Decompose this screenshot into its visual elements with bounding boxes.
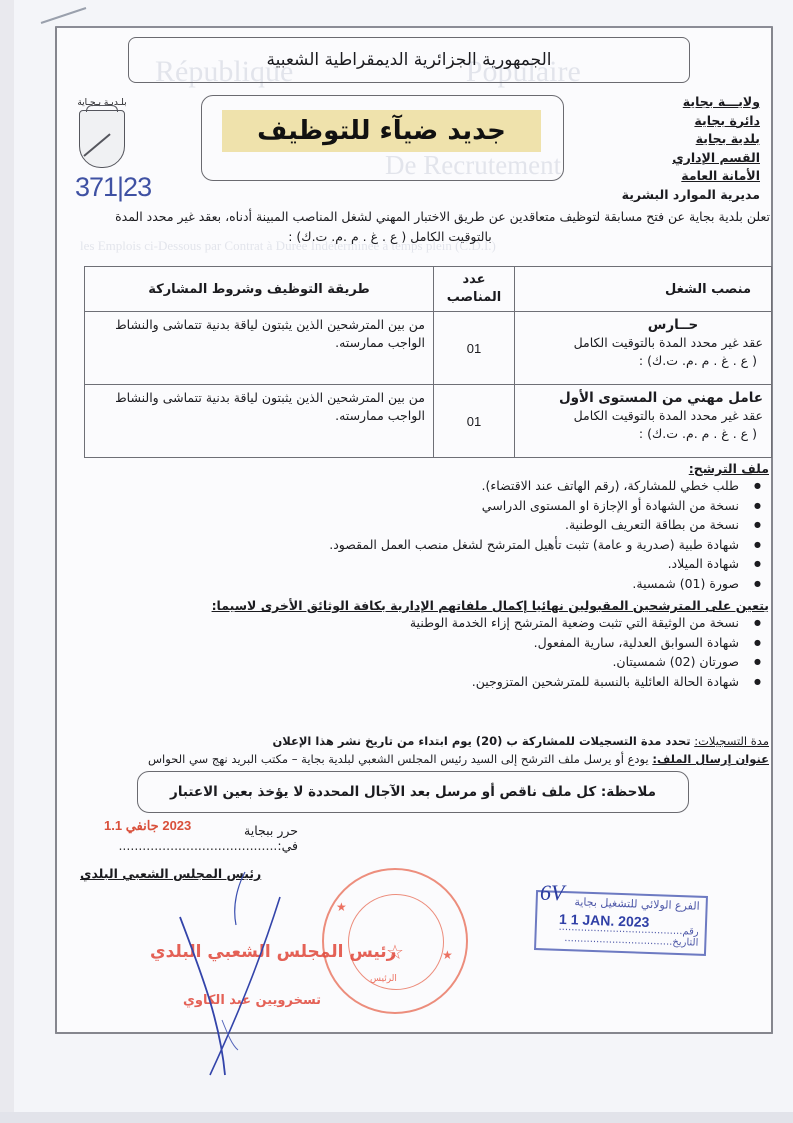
post-abbr: ( ع . غ . م .م. ت.ك) : [523, 425, 763, 443]
note-box: ملاحظة: كل ملف ناقص أو مرسل بعد الآجال ا… [137, 771, 689, 813]
seal-label: الرئيس [370, 974, 397, 984]
application-file-list: طلب خطي للمشاركة، (رقم الهاتف عند الاقتض… [329, 476, 769, 593]
admin-department: القسم الإداري [622, 149, 760, 168]
post-abbr: ( ع . غ . م .م. ت.ك) : [523, 352, 763, 370]
accepted-candidates-list: نسخة من الوثيقة التي تثبت وضعية المترشح … [212, 613, 769, 691]
announcement-banner: جديد ضيآء للتوظيف [222, 110, 541, 152]
post-contract: عقد غير محدد المدة بالتوقيت الكامل [523, 407, 763, 425]
address-text: يودع أو يرسل ملف الترشح إلى السيد رئيس ا… [148, 752, 649, 766]
table-row: عامل مهني من المستوى الأول عقد غير محدد … [85, 385, 772, 458]
handwritten-mark: 6V [540, 880, 564, 906]
republic-title: الجمهورية الجزائرية الديمقراطية الشعبية [266, 50, 551, 70]
list-item: نسخة من الوثيقة التي تثبت وضعية المترشح … [212, 613, 769, 633]
header-post: منصب الشغل [515, 267, 772, 312]
admin-hr-directorate: مديرية الموارد البشرية [622, 186, 760, 205]
reference-number: 371|23 [75, 172, 151, 203]
admin-wilaya: ولايـــة بجاية [622, 93, 760, 112]
registration-label: مدة التسجيلات: [694, 734, 769, 748]
intro-line-1: تعلن بلدية بجاية عن فتح مسابقة لتوظيف مت… [80, 207, 770, 227]
header-conditions: طريقة التوظيف وشروط المشاركة [85, 267, 434, 312]
list-item: نسخة من بطاقة التعريف الوطنية. [329, 515, 769, 535]
intro-paragraph: تعلن بلدية بجاية عن فتح مسابقة لتوظيف مت… [80, 207, 770, 247]
address-label: عنوان إرسال الملف: [652, 752, 769, 766]
star-icon: ★ [442, 948, 453, 962]
list-item: شهادة طبية (صدرية و عامة) تثبت تأهيل الم… [329, 535, 769, 555]
republic-header: الجمهورية الجزائرية الديمقراطية الشعبية [128, 37, 690, 83]
admin-daira: دائرة بجاية [622, 112, 760, 131]
stamp-title: رئيس المجلس الشعبي البلدي [150, 942, 396, 962]
registration-text: تحدد مدة التسجيلات للمشاركة ب (20) يوم ا… [272, 734, 690, 748]
table-row: حــارس عقد غير محدد المدة بالتوقيت الكام… [85, 312, 772, 385]
list-item: شهادة السوابق العدلية، سارية المفعول. [212, 633, 769, 653]
admin-secretariat: الأمانة العامة [622, 167, 760, 186]
stamp-date: 1 1 JAN. 2023 [559, 911, 650, 930]
scan-edge-left [0, 0, 14, 1123]
post-title: حــارس [523, 316, 763, 334]
list-item: شهادة الميلاد. [329, 554, 769, 574]
handwritten-date: 2023 جانفي 1.1 [104, 818, 191, 834]
banner-text: جديد ضيآء للتوظيف [257, 116, 506, 146]
agency-name: الفرع الولائي للتشغيل بجاية [544, 894, 700, 912]
application-file-section: ملف الترشح: طلب خطي للمشاركة، (رقم الهات… [329, 461, 769, 593]
accepted-candidates-section: يتعين على المترشحين المقبولين نهائيا إكم… [212, 598, 769, 691]
issued-dots: ........................................ [118, 838, 277, 853]
admin-commune: بلدية بجاية [622, 130, 760, 149]
scan-edge-bottom [0, 1112, 793, 1123]
post-cell: عامل مهني من المستوى الأول عقد غير محدد … [515, 385, 772, 458]
count-cell: 01 [434, 312, 515, 385]
list-item: نسخة من الشهادة أو الإجازة او المستوى ال… [329, 496, 769, 516]
list-item: شهادة الحالة العائلية بالنسبة للمترشحين … [212, 672, 769, 692]
list-item: صورتان (02) شمسيتان. [212, 652, 769, 672]
table-header-row: منصب الشغل عدد المناصب طريقة التوظيف وشر… [85, 267, 772, 312]
post-title: عامل مهني من المستوى الأول [523, 389, 763, 407]
file-address: عنوان إرسال الملف: يودع أو يرسل ملف التر… [148, 750, 769, 768]
official-seal: ★ ★ ☆ الرئيس [322, 868, 468, 1014]
accepted-candidates-title: يتعين على المترشحين المقبولين نهائيا إكم… [212, 598, 769, 613]
municipal-logo: بلـديـة بـجـاية [72, 98, 132, 168]
note-text: ملاحظة: كل ملف ناقص أو مرسل بعد الآجال ا… [170, 784, 656, 800]
coat-of-arms-icon [79, 110, 125, 168]
star-icon: ★ [336, 900, 347, 914]
list-item: صورة (01) شمسية. [329, 574, 769, 594]
mayor-title: رئيس المجلس الشعبي البلدي [80, 866, 261, 881]
header-count: عدد المناصب [434, 267, 515, 312]
positions-table: منصب الشغل عدد المناصب طريقة التوظيف وشر… [84, 266, 772, 458]
stamp-name: تسخرويين عبد الكاوي [183, 993, 321, 1008]
post-contract: عقد غير محدد المدة بالتوقيت الكامل [523, 334, 763, 352]
count-cell: 01 [434, 385, 515, 458]
conditions-cell: من بين المترشحين الذين يثبتون لياقة بدني… [85, 385, 434, 458]
post-cell: حــارس عقد غير محدد المدة بالتوقيت الكام… [515, 312, 772, 385]
list-item: طلب خطي للمشاركة، (رقم الهاتف عند الاقتض… [329, 476, 769, 496]
intro-line-2: بالتوقيت الكامل ( ع . غ . م .م. ت.ك) : [80, 227, 770, 247]
administration-hierarchy: ولايـــة بجاية دائرة بجاية بلدية بجاية ا… [622, 93, 760, 205]
registration-period: مدة التسجيلات: تحدد مدة التسجيلات للمشار… [148, 732, 769, 750]
conditions-cell: من بين المترشحين الذين يثبتون لياقة بدني… [85, 312, 434, 385]
registration-info: مدة التسجيلات: تحدد مدة التسجيلات للمشار… [148, 732, 769, 768]
application-file-title: ملف الترشح: [329, 461, 769, 476]
